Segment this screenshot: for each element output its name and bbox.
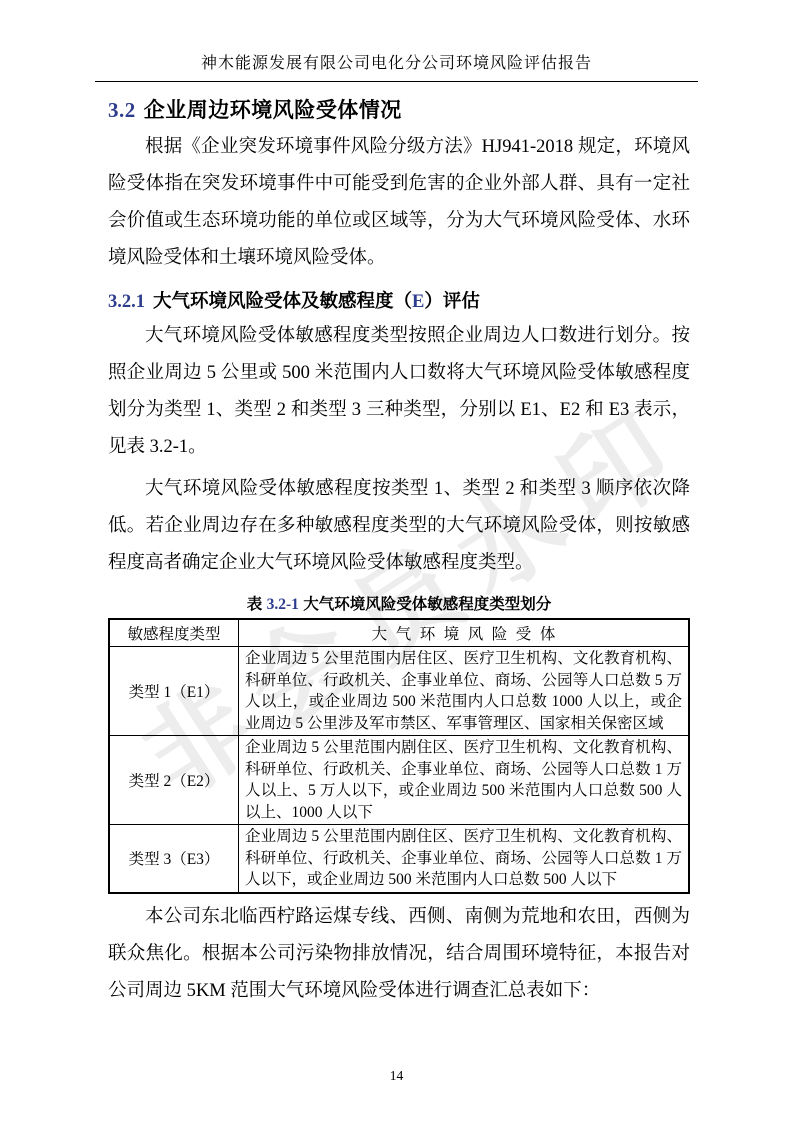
section-3-2-1-title-suffix: ）评估 [424,290,480,311]
table-cell-type-e3: 类型 3（E3） [109,825,239,893]
table-caption-number: 3.2-1 [267,596,299,613]
table-cell-desc-e2: 企业周边 5 公里范围内剧住区、医疗卫生机构、文化教育机构、科研单位、行政机关、… [239,736,690,825]
table-row: 类型 2（E2） 企业周边 5 公里范围内剧住区、医疗卫生机构、文化教育机构、科… [109,736,689,825]
section-3-2-1-number: 3.2.1 [108,292,153,312]
section-3-2-1-title-e: E [412,292,424,312]
table-cell-desc-e1: 企业周边 5 公里范围内居住区、医疗卫生机构、文化教育机构、科研单位、行政机关、… [239,647,690,736]
table-row: 类型 3（E3） 企业周边 5 公里范围内剧住区、医疗卫生机构、文化教育机构、科… [109,825,689,893]
table-caption-prefix: 表 [247,596,267,613]
running-head-title: 神木能源发展有限公司电化分公司环境风险评估报告 [201,55,592,72]
section-3-2-1-heading: 3.2.1大气环境风险受体及敏感程度（E）评估 [108,287,690,313]
table-col1-header: 敏感程度类型 [109,619,239,647]
table-caption: 表 3.2-1 大气环境风险受体敏感程度类型划分 [108,592,690,614]
document-page: 非会员水印 神木能源发展有限公司电化分公司环境风险评估报告 3.2企业周边环境风… [0,0,793,1122]
table-cell-desc-e3: 企业周边 5 公里范围内剧住区、医疗卫生机构、文化教育机构、科研单位、行政机关、… [239,825,690,893]
running-head: 神木能源发展有限公司电化分公司环境风险评估报告 [95,50,698,82]
section-3-2-title: 企业周边环境风险受体情况 [144,99,402,122]
section-3-2-1-paragraph-2: 大气环境风险受体敏感程度按类型 1、类型 2 和类型 3 顺序依次降低。若企业周… [108,471,690,582]
table-cell-type-e2: 类型 2（E2） [109,736,239,825]
table-header-row: 敏感程度类型 大气环境风险受体 [109,619,689,647]
table-row: 类型 1（E1） 企业周边 5 公里范围内居住区、医疗卫生机构、文化教育机构、科… [109,647,689,736]
page-content: 3.2企业周边环境风险受体情况 根据《企业突发环境事件风险分级方法》HJ941-… [108,94,690,1010]
section-3-2-number: 3.2 [108,98,144,122]
table-cell-type-e1: 类型 1（E1） [109,647,239,736]
page-number: 14 [0,1068,793,1084]
section-3-2-1-title-prefix: 大气环境风险受体及敏感程度（ [153,290,412,311]
table-caption-text: 大气环境风险受体敏感程度类型划分 [299,596,551,613]
closing-paragraph: 本公司东北临西柠路运煤专线、西侧、南侧为荒地和农田，西侧为联众焦化。根据本公司污… [108,899,690,1010]
section-3-2-1-paragraph-1: 大气环境风险受体敏感程度类型按照企业周边人口数进行划分。按照企业周边 5 公里或… [108,318,690,466]
section-3-2-paragraph: 根据《企业突发环境事件风险分级方法》HJ941-2018 规定，环境风险受体指在… [108,129,690,277]
sensitivity-type-table: 敏感程度类型 大气环境风险受体 类型 1（E1） 企业周边 5 公里范围内居住区… [108,618,690,894]
section-3-2-heading: 3.2企业周边环境风险受体情况 [108,94,690,124]
table-col2-header: 大气环境风险受体 [239,619,690,647]
